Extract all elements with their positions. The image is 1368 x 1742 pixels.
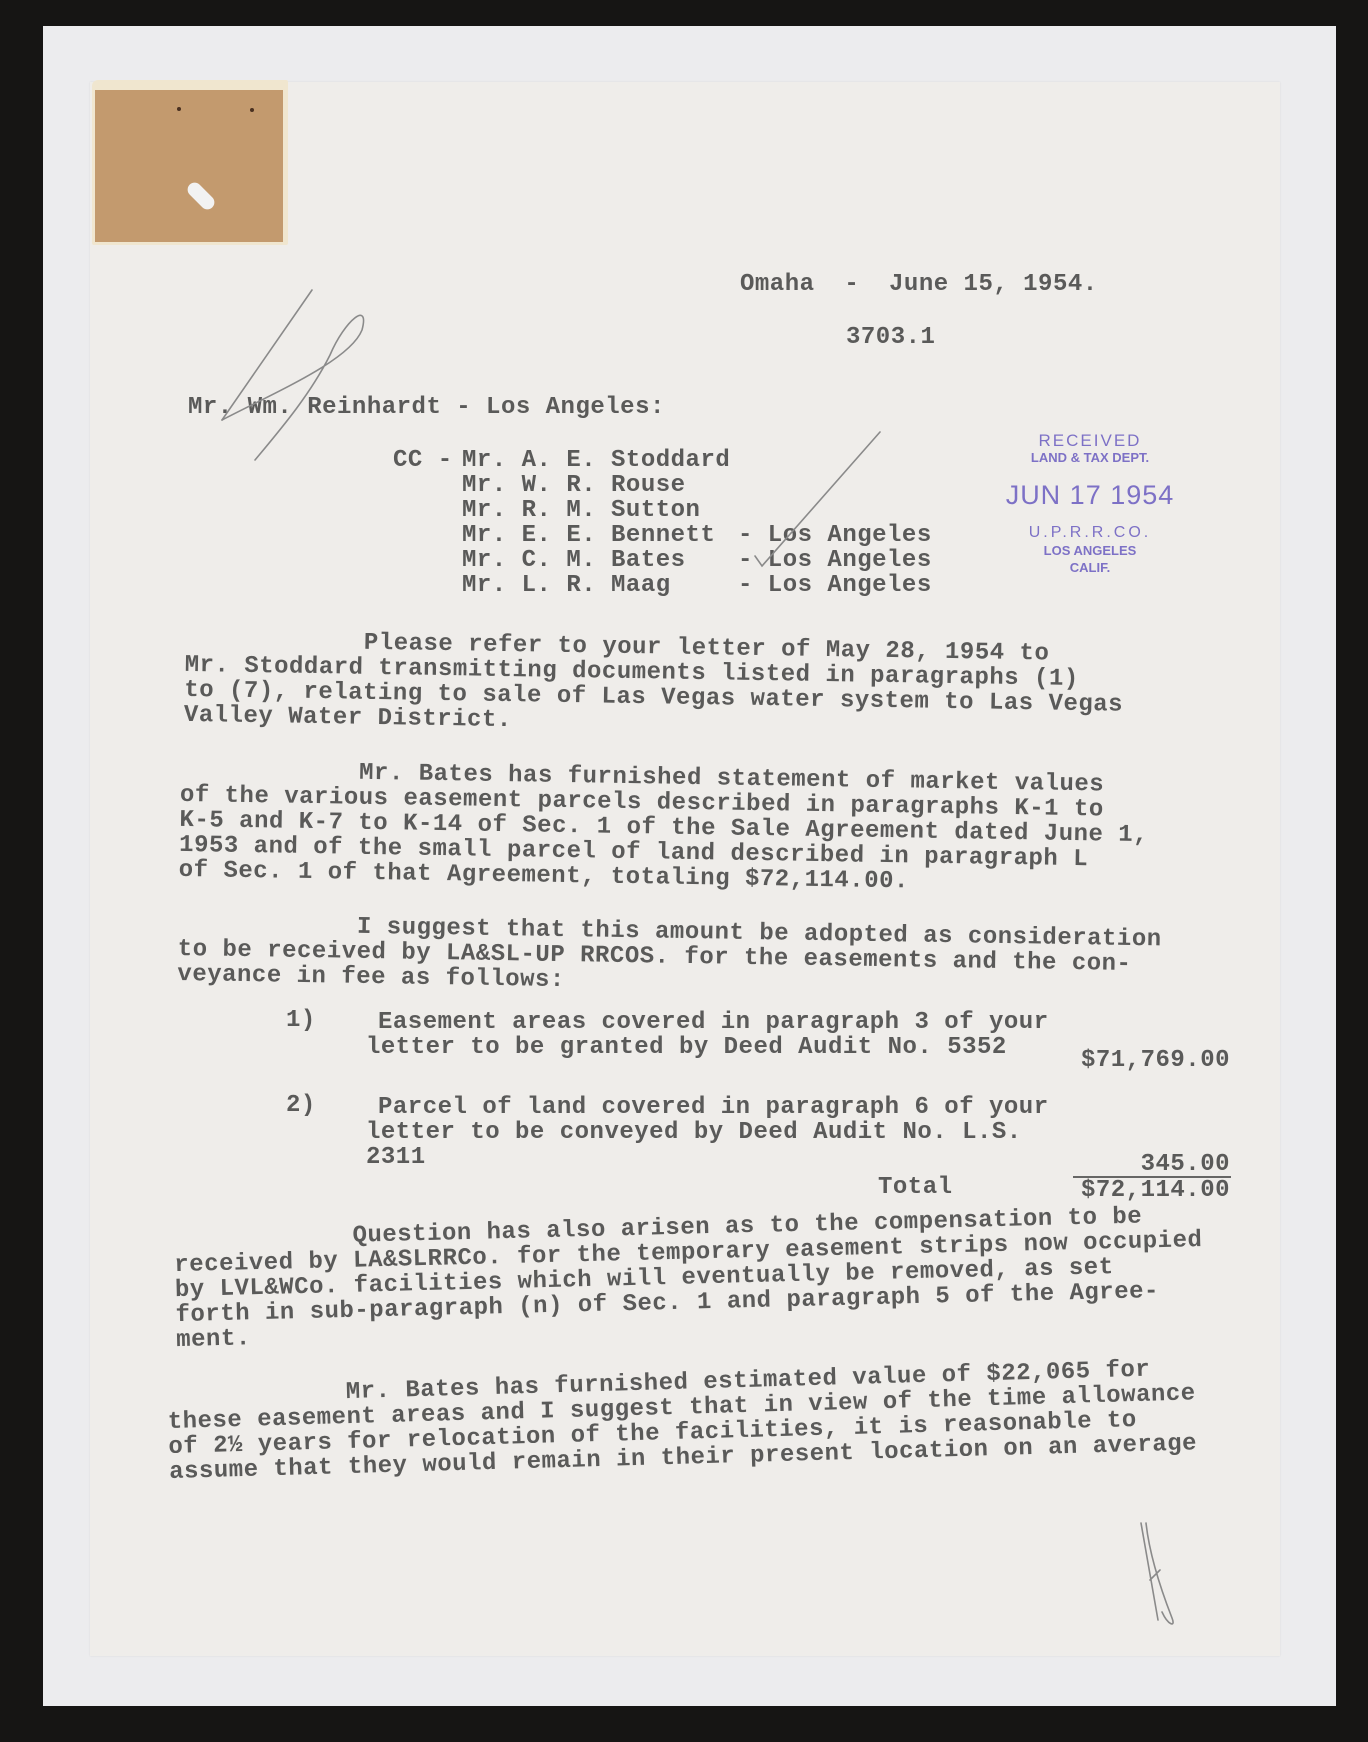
cc-location: - Los Angeles xyxy=(738,548,932,573)
cc-location: - Los Angeles xyxy=(738,573,932,598)
file-number: 3703.1 xyxy=(846,325,935,350)
item-amount: $71,769.00 xyxy=(1070,1048,1230,1073)
punch-hole xyxy=(185,180,218,213)
addressee: Mr. Wm. Reinhardt - Los Angeles: xyxy=(188,395,665,420)
cc-recipient: Mr. R. M. Sutton xyxy=(462,498,700,523)
stamp-state: CALIF. xyxy=(1000,559,1180,576)
stamp-received: RECEIVED xyxy=(1000,432,1180,450)
received-stamp: RECEIVED LAND & TAX DEPT. JUN 17 1954 U.… xyxy=(1000,432,1180,576)
place-date: Omaha - June 15, 1954. xyxy=(740,272,1098,297)
paragraph-line: Valley Water District. xyxy=(184,703,512,733)
cc-recipient: Mr. L. R. Maag xyxy=(462,573,671,598)
paragraph-line: ment. xyxy=(176,1326,251,1353)
kraft-paper-tab xyxy=(95,90,283,242)
staple-hole xyxy=(250,108,254,112)
total-label: Total xyxy=(878,1175,953,1200)
stamp-city: LOS ANGELES xyxy=(1000,542,1180,559)
stamp-company: U.P.R.R.CO. xyxy=(1000,524,1180,542)
item-number: 1) xyxy=(286,1008,316,1033)
item-amount: 345.00 xyxy=(1070,1152,1230,1177)
cc-recipient: Mr. A. E. Stoddard xyxy=(462,448,730,473)
stamp-date: JUN 17 1954 xyxy=(1000,480,1180,510)
item-line: Easement areas covered in paragraph 3 of… xyxy=(378,1010,1049,1035)
paragraph-line: veyance in fee as follows: xyxy=(177,962,565,993)
stamp-department: LAND & TAX DEPT. xyxy=(1000,450,1180,466)
cc-location: - Los Angeles xyxy=(738,523,932,548)
cc-recipient: Mr. W. R. Rouse xyxy=(462,473,686,498)
item-line: 2311 xyxy=(366,1145,426,1170)
item-line: Parcel of land covered in paragraph 6 of… xyxy=(378,1095,1049,1120)
cc-prefix: CC - xyxy=(393,448,468,473)
item-line: letter to be granted by Deed Audit No. 5… xyxy=(366,1035,1007,1060)
item-number: 2) xyxy=(286,1093,316,1118)
staple-hole xyxy=(177,107,181,111)
cc-recipient: Mr. C. M. Bates xyxy=(462,548,686,573)
total-amount: $72,114.00 xyxy=(1070,1178,1230,1203)
cc-recipient: Mr. E. E. Bennett xyxy=(462,523,715,548)
item-line: letter to be conveyed by Deed Audit No. … xyxy=(366,1120,1022,1145)
